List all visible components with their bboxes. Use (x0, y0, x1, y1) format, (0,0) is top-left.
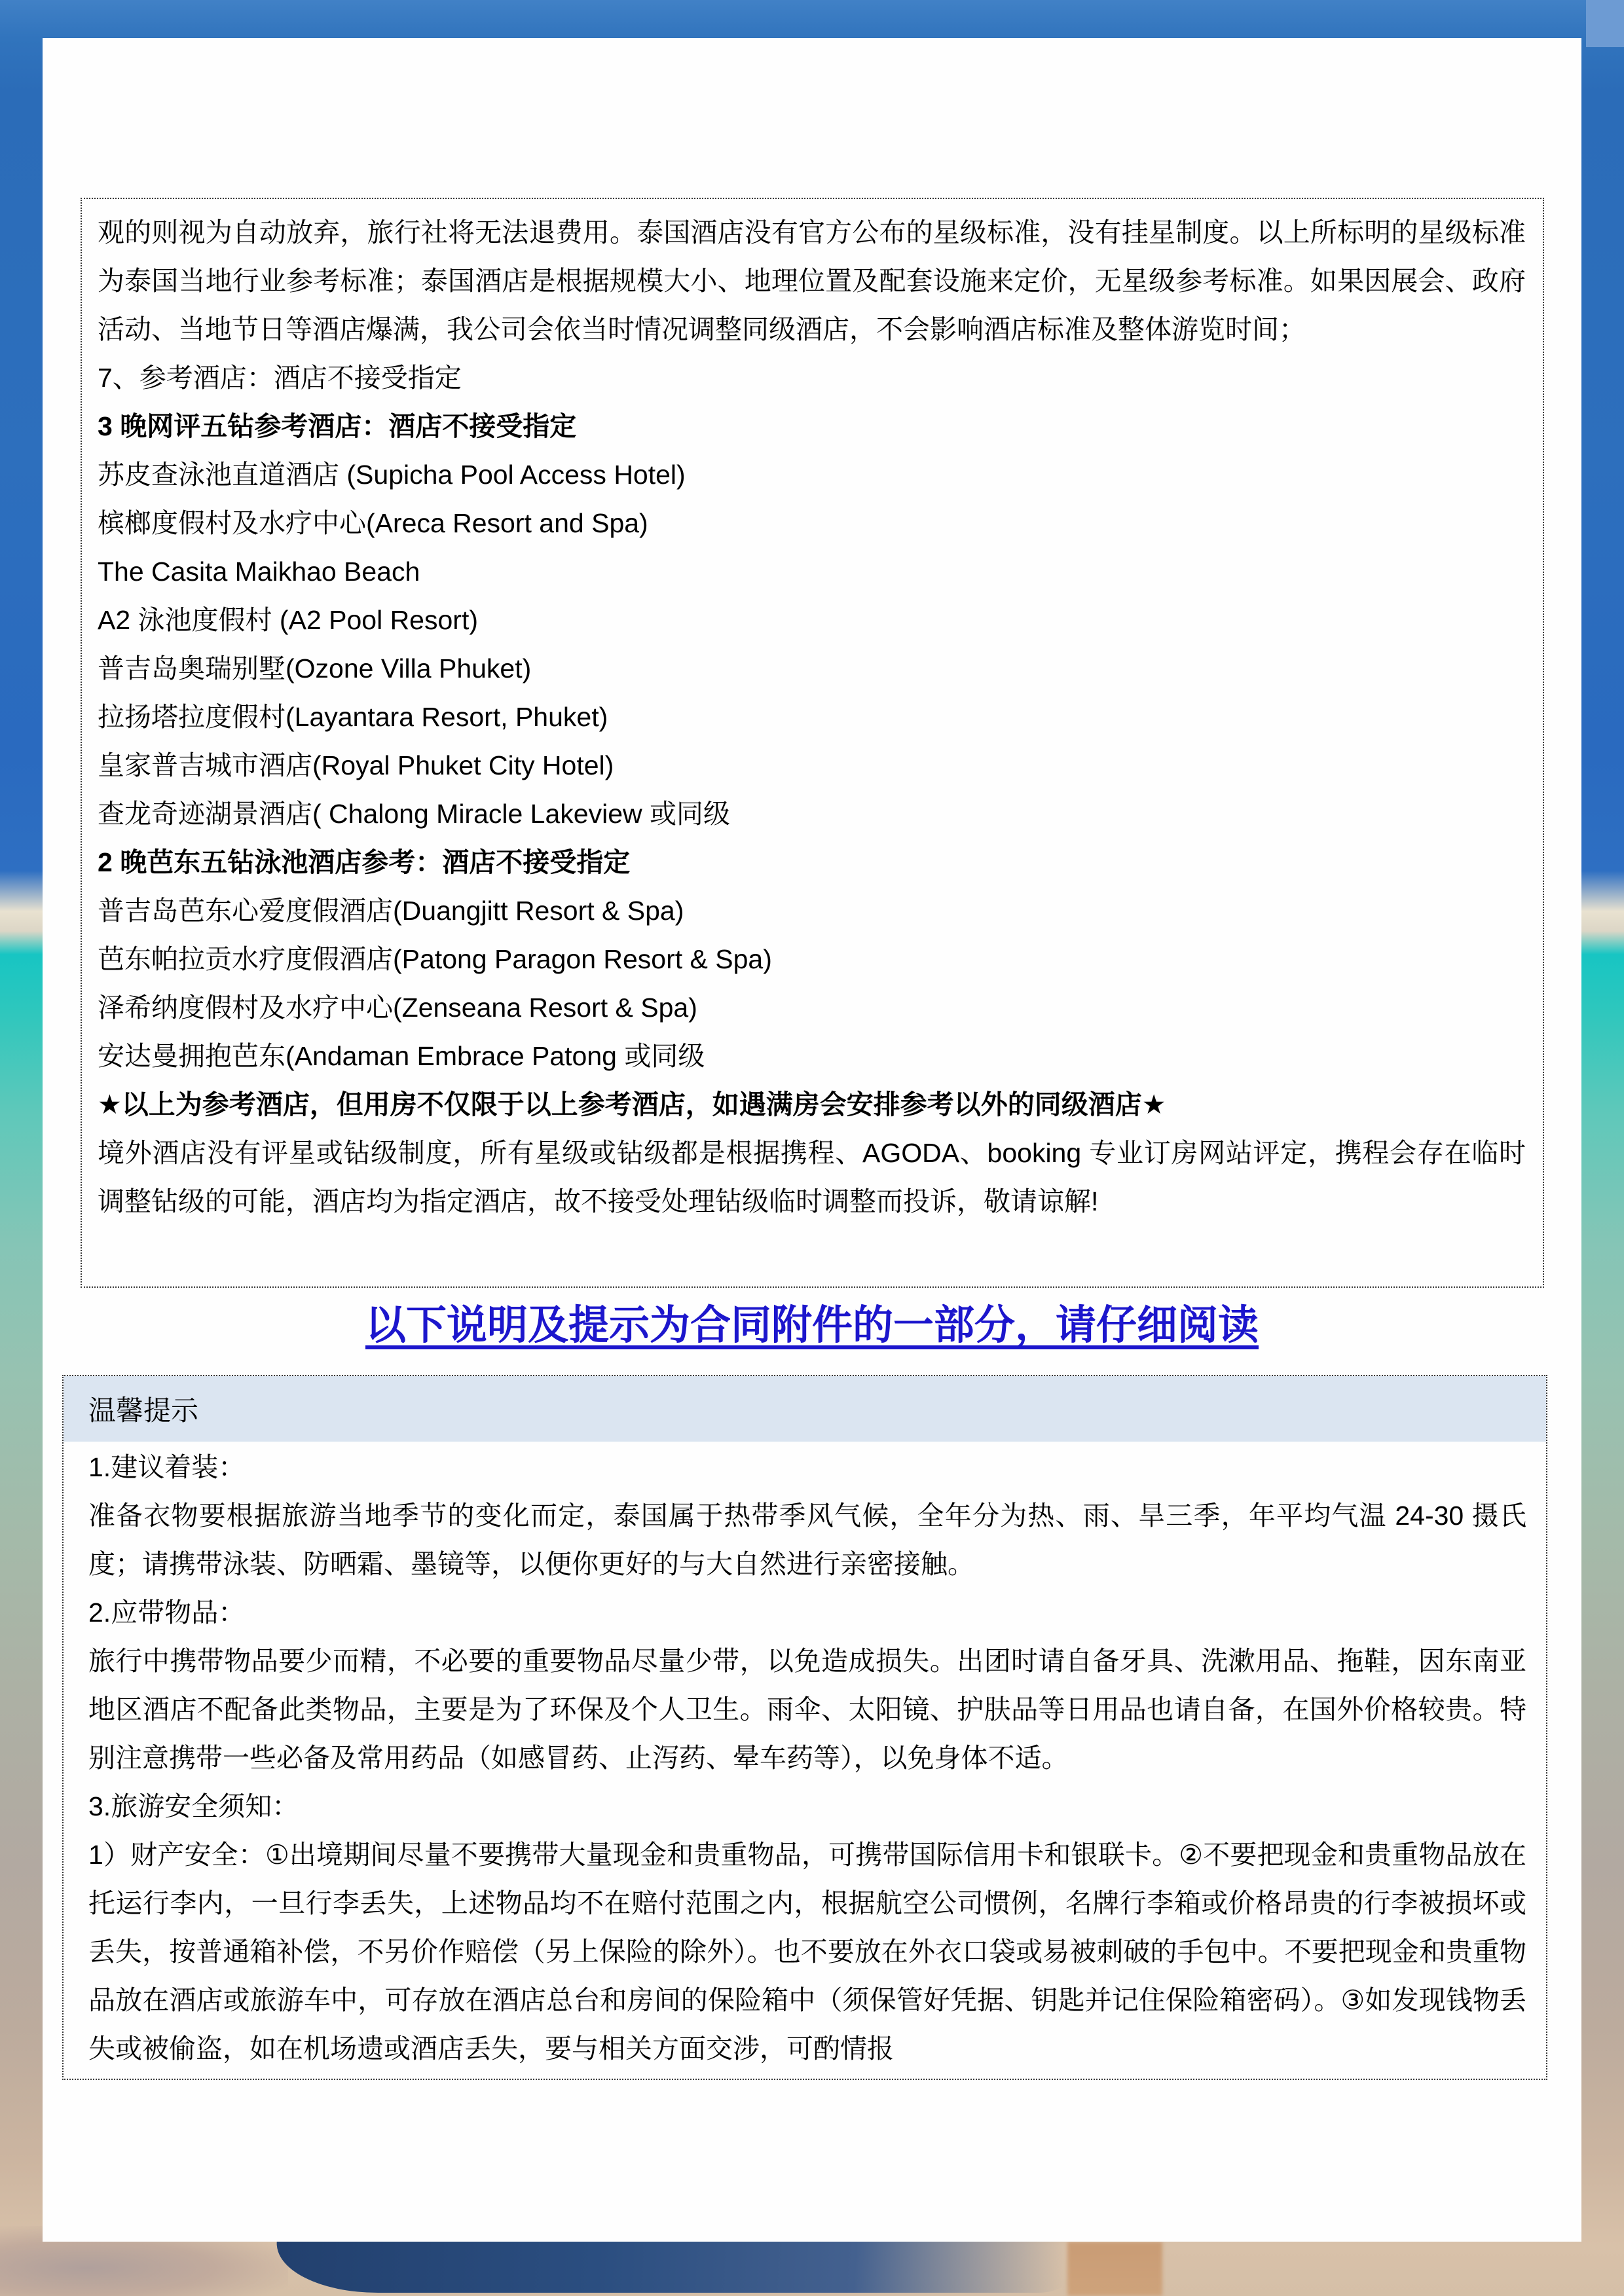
travel-contract-page: 观的则视为自动放弃，旅行社将无法退费用。泰国酒店没有官方公布的星级标准，没有挂星… (0, 0, 1624, 2296)
hotel-item: 查龙奇迹湖景酒店( Chalong Miracle Lakeview 或同级 (98, 790, 1526, 838)
hotel-item: A2 泳池度假村 (A2 Pool Resort) (98, 596, 1526, 644)
hotel-item: 芭东帕拉贡水疗度假酒店(Patong Paragon Resort & Spa) (98, 935, 1526, 983)
hotel-item: 拉扬塔拉度假村(Layantara Resort, Phuket) (98, 693, 1526, 741)
document-sheet: 观的则视为自动放弃，旅行社将无法退费用。泰国酒店没有官方公布的星级标准，没有挂星… (43, 38, 1581, 2242)
hotel-item: 安达曼拥抱芭东(Andaman Embrace Patong 或同级 (98, 1032, 1526, 1080)
tips-body: 1.建议着装： 准备衣物要根据旅游当地季节的变化而定，泰国属于热带季风气候，全年… (64, 1442, 1546, 2073)
star-note: ★以上为参考酒店，但用房不仅限于以上参考酒店，如遇满房会安排参考以外的同级酒店★ (98, 1080, 1526, 1129)
hotel-item: The Casita Maikhao Beach (98, 547, 1526, 596)
tip-1-body: 准备衣物要根据旅游当地季节的变化而定，泰国属于热带季风气候，全年分为热、雨、旱三… (88, 1491, 1526, 1588)
sea-water-patch (273, 2242, 1082, 2293)
wet-sand-streak (1067, 2242, 1162, 2296)
reference-hotel-line: 7、参考酒店：酒店不接受指定 (98, 354, 1526, 402)
rating-note: 境外酒店没有评星或钻级制度，所有星级或钻级都是根据携程、AGODA、bookin… (98, 1129, 1526, 1226)
hotel-item: 槟榔度假村及水疗中心(Areca Resort and Spa) (98, 499, 1526, 547)
tips-section: 温馨提示 1.建议着装： 准备衣物要根据旅游当地季节的变化而定，泰国属于热带季风… (62, 1375, 1547, 2080)
hotel-group-2-title: 2 晚芭东五钻泳池酒店参考：酒店不接受指定 (98, 838, 1526, 886)
tip-1-title: 1.建议着装： (88, 1443, 1526, 1491)
tip-3-title: 3.旅游安全须知： (88, 1782, 1526, 1831)
hotel-item: 普吉岛芭东心爱度假酒店(Duangjitt Resort & Spa) (98, 886, 1526, 935)
hotel-notice-section: 观的则视为自动放弃，旅行社将无法退费用。泰国酒店没有官方公布的星级标准，没有挂星… (81, 198, 1544, 1288)
hotel-item: 普吉岛奥瑞别墅(Ozone Villa Phuket) (98, 644, 1526, 693)
hotel-item: 皇家普吉城市酒店(Royal Phuket City Hotel) (98, 741, 1526, 790)
sky-light-corner (1586, 0, 1624, 47)
hotel-item: 苏皮查泳池直道酒店 (Supicha Pool Access Hotel) (98, 450, 1526, 499)
tips-header-band: 温馨提示 (64, 1376, 1546, 1442)
tip-2-title: 2.应带物品： (88, 1588, 1526, 1637)
contract-attachment-heading: 以下说明及提示为合同附件的一部分，请仔细阅读 (43, 1292, 1581, 1351)
tip-2-body: 旅行中携带物品要少而精，不必要的重要物品尽量少带，以免造成损失。出团时请自备牙具… (88, 1637, 1526, 1782)
hotel-group-1-title: 3 晚网评五钻参考酒店：酒店不接受指定 (98, 402, 1526, 450)
tip-3-body: 1）财产安全：①出境期间尽量不要携带大量现金和贵重物品，可携带国际信用卡和银联卡… (88, 1831, 1526, 2073)
tips-header-label: 温馨提示 (88, 1389, 198, 1429)
hotel-item: 泽希纳度假村及水疗中心(Zenseana Resort & Spa) (98, 983, 1526, 1032)
hotel-policy-paragraph: 观的则视为自动放弃，旅行社将无法退费用。泰国酒店没有官方公布的星级标准，没有挂星… (98, 208, 1526, 354)
